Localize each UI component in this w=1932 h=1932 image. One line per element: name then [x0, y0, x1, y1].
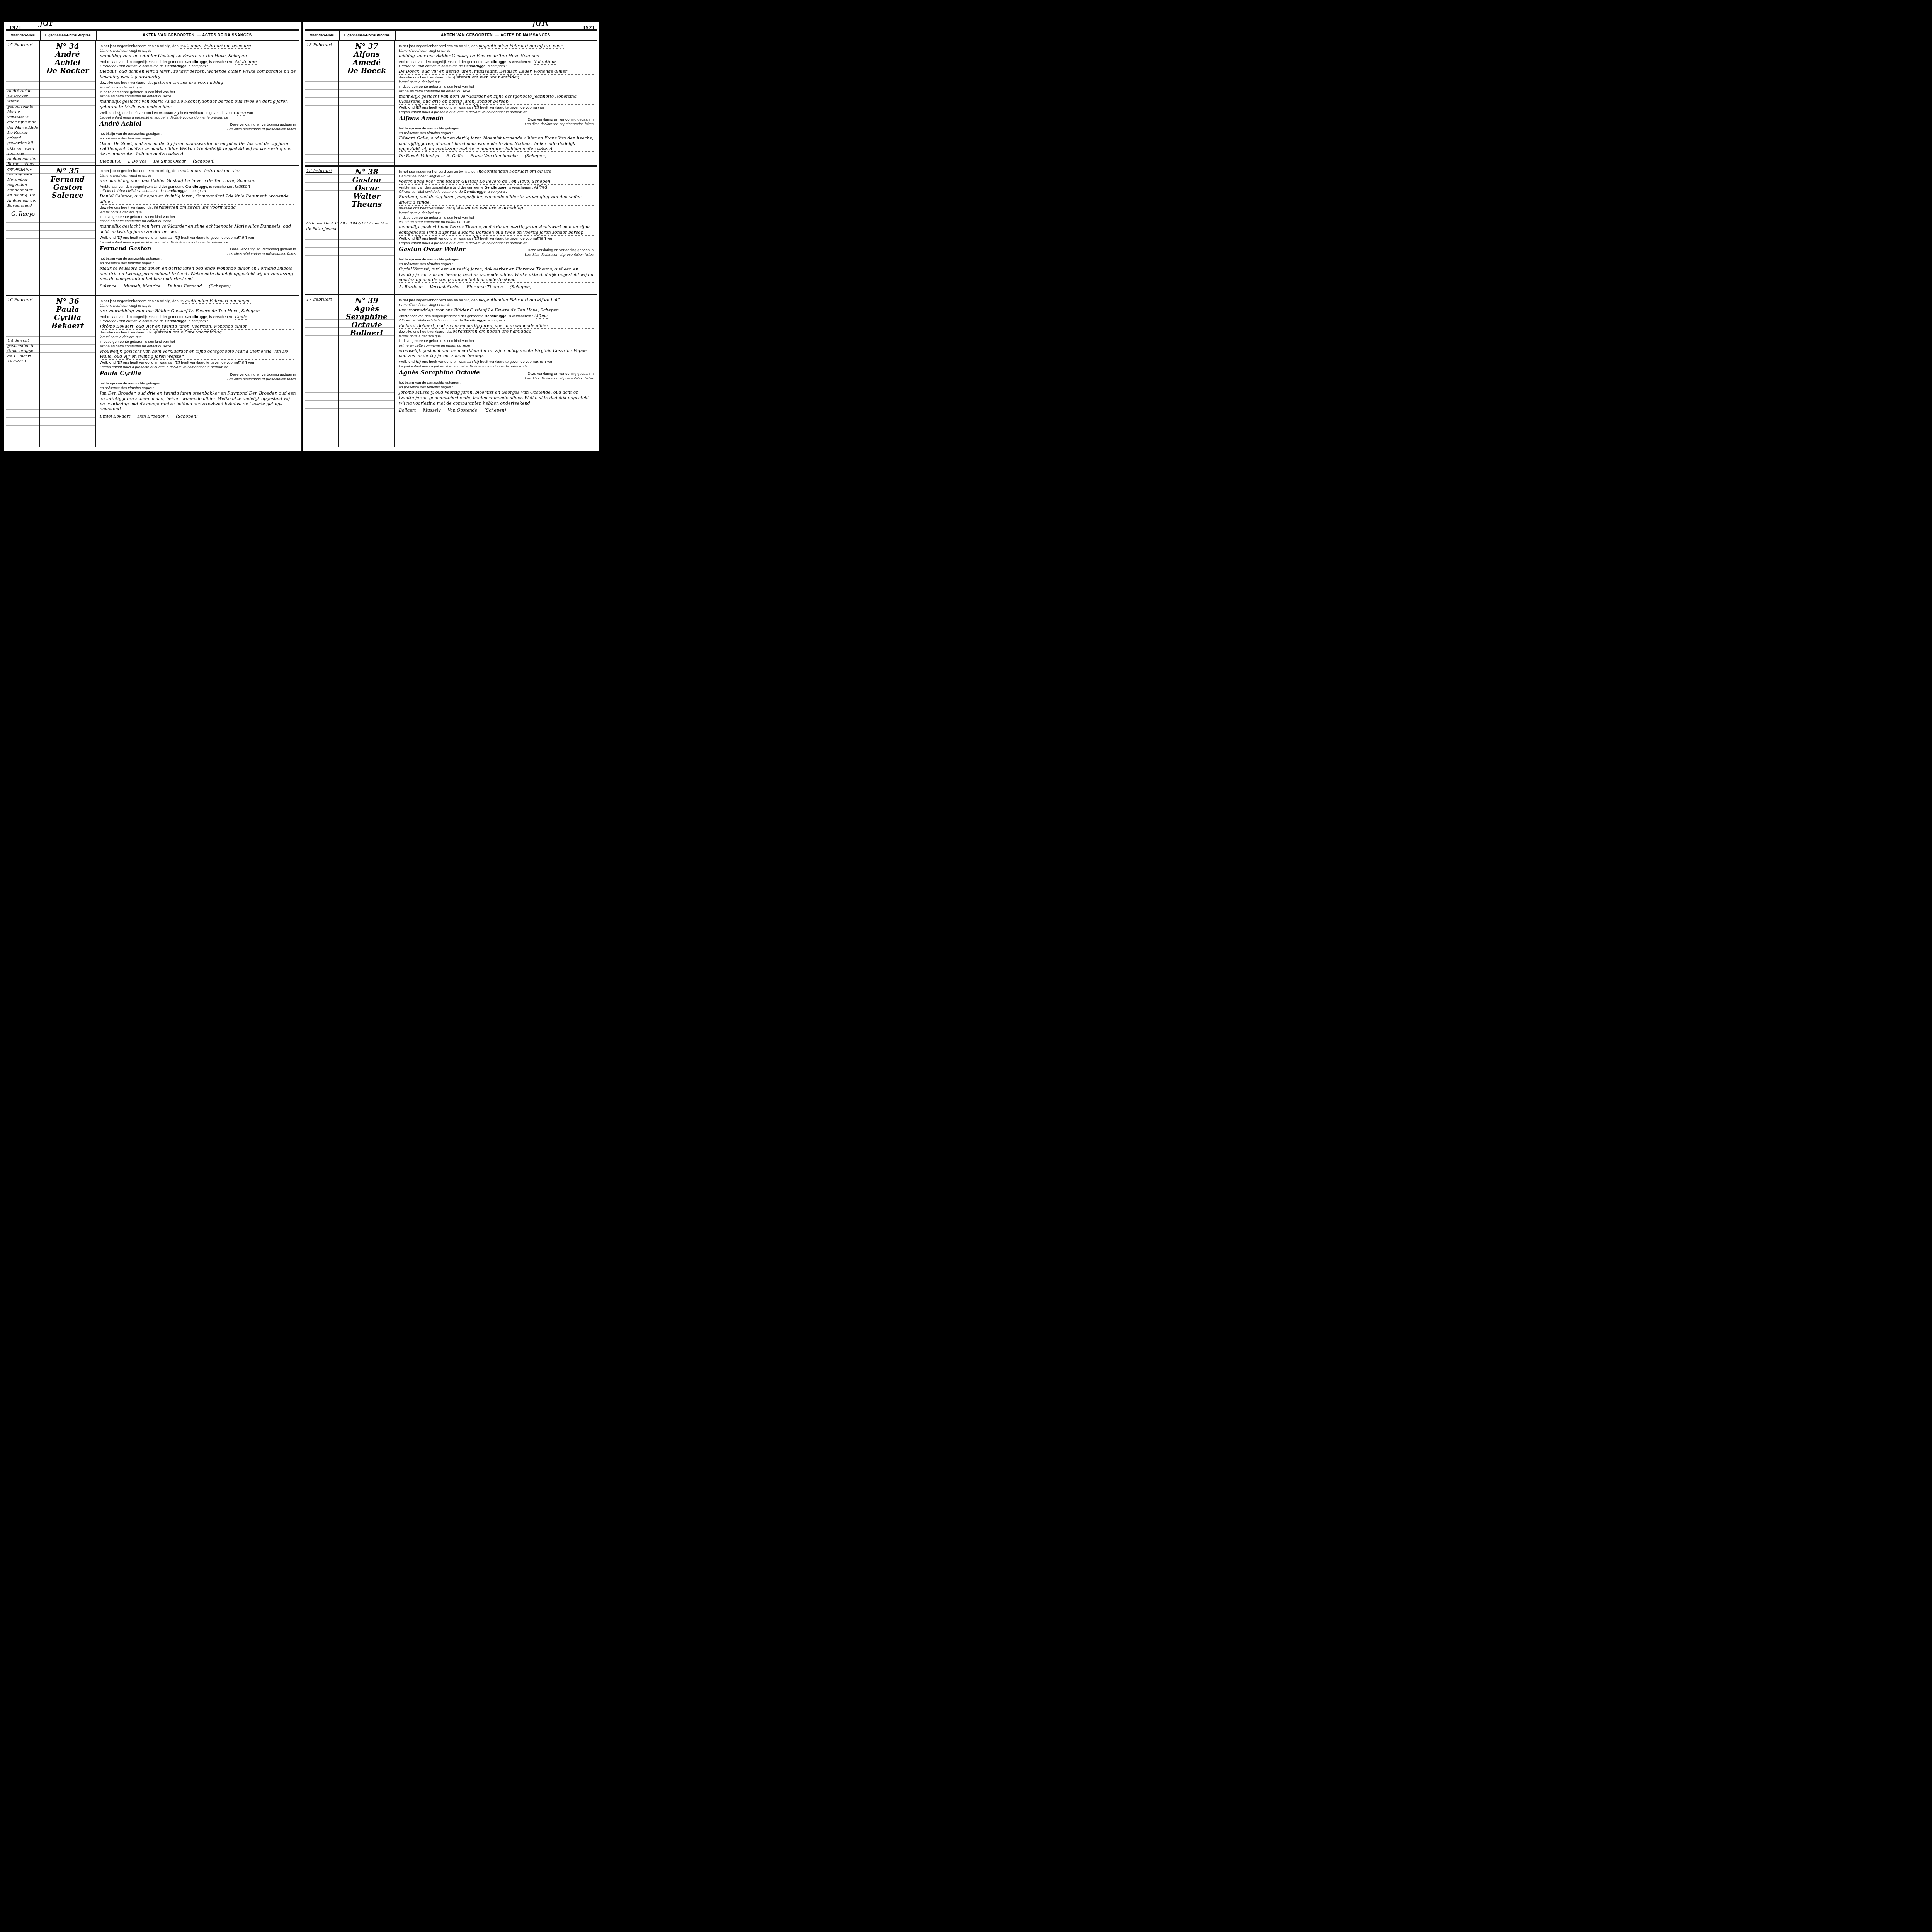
form-text: heeft verklaard te geven de voorna: [480, 360, 537, 364]
signature: (Schepen): [525, 153, 547, 159]
pronoun: hij: [416, 105, 421, 110]
form-text: ons heeft vertoond en waaraan: [422, 236, 473, 241]
form-text-fr: lequel nous a déclaré que: [100, 335, 296, 340]
form-text-fr: lequel nous a déclaré que: [100, 85, 296, 90]
entry-date-column: 18 Februari Gehuwd Gent 17 Okt. 1942/121…: [305, 167, 339, 294]
form-text-fr: , a comparu :: [187, 64, 208, 68]
form-text-fr: , a comparu :: [486, 318, 507, 323]
form-text-fr: L'an mil neuf cent vingt et un, le: [399, 174, 594, 179]
entry-number: N° 38: [341, 168, 393, 176]
form-text: van: [538, 105, 544, 110]
surname: Bekaert: [42, 322, 94, 330]
form-text-fr: lequel nous a déclaré que: [399, 80, 594, 85]
form-text-fr: L'an mil neuf cent vingt et un, le: [100, 304, 296, 308]
entry-body: In het jaar negentienhonderd een en twin…: [395, 295, 597, 447]
form-text-fr: Les dites déclaration et présentation fa…: [399, 253, 594, 257]
signature: Den Broeder J.: [138, 414, 169, 419]
form-text-fr: , a comparu :: [187, 189, 208, 193]
form-text-fr: Lequel enfant: [399, 364, 421, 369]
given-name-2: Oscar: [341, 184, 393, 192]
entry-date: 18 Februari: [306, 43, 337, 48]
entry-date: 14 Februari: [7, 167, 38, 172]
child-given-names: André Achiel: [100, 120, 141, 128]
entry-date: 17 Februari: [306, 297, 337, 302]
signature: Biebaut A: [100, 159, 121, 164]
municipality: Gendbrugge: [185, 60, 207, 64]
pronoun: hij: [117, 235, 122, 240]
entries-right: 18 Februari N° 37 Alfons Amedé De Boeck …: [305, 41, 597, 450]
given-name-1: Gaston: [341, 176, 393, 184]
entry-name-column: N° 37 Alfons Amedé De Boeck: [339, 41, 395, 165]
birth-time: eergisteren om zeven ure voormiddag: [153, 205, 236, 210]
form-text: heeft verklaard te geven de voorna: [181, 361, 238, 365]
left-page: 1921 JdP Maanden-Mois. Eigennamen-Noms P…: [4, 22, 302, 451]
header-names: Eigennamen-Noms Propres.: [340, 31, 396, 40]
signature: (Schepen): [176, 414, 198, 419]
municipality: Gendbrugge: [485, 60, 506, 64]
pronoun: hij: [474, 236, 479, 241]
witnesses-text: Oscar De Smet, oud zes en dertig jaren s…: [100, 141, 296, 157]
form-text: , is verschenen :: [506, 185, 533, 190]
handwritten-officer: middag voor ons Ridder Gustaaf Le Fevere…: [399, 53, 594, 59]
birth-entry: 18 Februari N° 37 Alfons Amedé De Boeck …: [305, 41, 597, 167]
birth-time: eergisteren om negen ure namiddag: [452, 329, 531, 334]
signatures: Biebaut A J. De Vos De Smet Oscar (Schep…: [100, 159, 296, 164]
registrar-initials: JdP: [39, 17, 55, 28]
given-name-1: Alfons: [341, 51, 393, 59]
form-text-fr: est né en cette commune un enfant du sex…: [100, 219, 296, 224]
form-text: dewelke ons heeft verklaard, dat: [100, 330, 153, 335]
entry-number: N° 35: [42, 167, 94, 175]
entry-body: In het jaar negentienhonderd een en twin…: [96, 296, 299, 447]
form-text: dewelke ons heeft verklaard, dat: [399, 330, 452, 334]
form-text-fr: nous a présenté et auquel: [422, 110, 464, 114]
entry-number: N° 37: [341, 43, 393, 51]
child-given-names: Paula Cyrilla: [100, 370, 141, 377]
form-text-fr: nous a présenté et auquel: [123, 240, 165, 245]
child-given-names: Agnès Seraphine Octavie: [399, 369, 480, 376]
table-header: Maanden-Mois. Eigennamen-Noms Propres. A…: [305, 29, 597, 41]
form-text-fr: Officier de l'état-civil de la commune d…: [399, 318, 463, 323]
signature: Dubois Fernand: [168, 284, 202, 289]
form-text: , is verschenen :: [506, 60, 533, 64]
form-text: Welk kind: [100, 361, 116, 365]
signature: J. De Vos: [128, 159, 147, 164]
form-text: van: [247, 111, 253, 115]
signature: Verrust Seriel: [430, 284, 459, 290]
form-text: Deze verklaring en vertooning gedaan in: [230, 247, 296, 252]
form-text: in deze gemeente geboren is een kind van…: [100, 340, 296, 344]
declarant-first-name: Emile: [235, 314, 247, 320]
form-text-fr: Lequel enfant: [399, 110, 421, 114]
form-text-fr: en présence des témoins requis :: [100, 136, 296, 141]
entry-body: In het jaar negentienhonderd een en twin…: [395, 41, 597, 165]
form-text: In het jaar negentienhonderd een en twin…: [399, 170, 478, 174]
form-text: Welk kind: [399, 360, 415, 364]
form-text: Deze verklaring en vertooning gedaan in: [527, 248, 594, 253]
witnesses-text: Edward Galle, oud vier en dertig jaren b…: [399, 136, 594, 152]
given-name-2: Amedé: [341, 59, 393, 67]
given-name-2: Achiel: [42, 59, 94, 67]
declarant-details: De Boeck, oud vijf en dertig jaren, muzi…: [399, 69, 594, 75]
declarant-details: Richard Bollaert, oud zeven en dertig ja…: [399, 323, 594, 329]
form-text: Ambtenaar van den burgerlijkenstand der …: [100, 60, 184, 64]
municipality: Gendbrugge: [185, 185, 207, 189]
form-text-fr: Lequel enfant: [399, 241, 421, 245]
entry-date: 15 Februari: [7, 43, 38, 48]
declarant-first-name: Alfons: [534, 313, 548, 319]
signature: Mussely: [423, 408, 441, 413]
form-text: van: [547, 236, 553, 241]
pronoun: hij: [117, 360, 122, 365]
given-name-3: Octavie: [341, 321, 393, 329]
handwritten-officer: ure voormiddag voor ons Ridder Gustaaf L…: [100, 308, 296, 314]
right-page: 1921 JdR Maanden-Mois. Eigennamen-Noms P…: [303, 22, 599, 451]
handwritten-date: negentienden Februari om elf en half: [479, 298, 559, 303]
witnesses-text: Jerome Mussely, oud veertig jaren, bloem…: [399, 390, 594, 406]
form-text: ons heeft vertoond en waaraan: [122, 111, 173, 115]
pronoun: hij: [175, 360, 180, 365]
form-text: , is verschenen :: [207, 185, 234, 189]
registrar-initials: JdR: [532, 17, 549, 28]
pronoun: zij: [174, 110, 179, 116]
entry-name-column: N° 36 Paula Cyrilla Bekaert: [40, 296, 96, 447]
handwritten-date: zestienden Februari om twee ure: [180, 43, 251, 49]
handwritten-officer: ure voormiddag voor ons Ridder Gustaaf L…: [399, 308, 594, 313]
signature: Mussely Maurice: [124, 284, 161, 289]
form-text: In het jaar negentienhonderd een en twin…: [100, 44, 179, 48]
signature: (Schepen): [484, 408, 506, 413]
form-text: dewelke ons heeft verklaard, dat: [100, 206, 153, 210]
birth-entry: 15 Februari André Achiel De Rocker wiens…: [6, 41, 299, 166]
form-text-fr: en présence des témoins requis :: [399, 262, 594, 267]
margin-annotation: Gehuwd Gent 17 Okt. 1942/1212 met Van de…: [306, 221, 391, 231]
witnesses-text: Maurice Mussely, oud zeven en dertig jar…: [100, 266, 296, 282]
handwritten-officer: namiddag voor ons Ridder Gustaaf Le Feve…: [100, 53, 296, 59]
given-name-1: Paula: [42, 306, 94, 314]
form-text: in deze gemeente geboren is een kind van…: [399, 339, 594, 344]
parents-details: mannelijk geslacht van hem verklaarder e…: [399, 94, 594, 105]
entry-date-column: 16 Februari Uit de echt gescheiden te Ge…: [6, 296, 40, 447]
handwritten-date: zestienden Februari om vier: [180, 168, 240, 173]
declarant-details: Bordaen, oud dertig jaren, magazijnier, …: [399, 194, 594, 206]
witnesses-text: Jan Den Broeder, oud drie en twintig jar…: [100, 391, 296, 412]
form-text-fr: L'an mil neuf cent vingt et un, le: [399, 49, 594, 53]
form-text-fr: Officier de l'état-civil de la commune d…: [100, 64, 164, 68]
form-text: In het jaar negentienhonderd een en twin…: [399, 44, 478, 48]
pronoun: zij: [117, 110, 122, 116]
form-text-fr: nous a présenté et auquel: [422, 364, 464, 369]
handwritten-officer: voormiddag voor ons Ridder Gustaaf Le Fe…: [399, 179, 594, 185]
form-text-fr: lequel nous a déclaré que: [100, 210, 296, 215]
form-text: Deze verklaring en vertooning gedaan in: [527, 117, 594, 122]
form-text: , is verschenen :: [207, 60, 234, 64]
suffix: men: [237, 110, 246, 116]
entry-date: 18 Februari: [306, 168, 337, 173]
given-name-1: André: [42, 51, 94, 59]
form-text: In het jaar negentienhonderd een en twin…: [100, 299, 179, 303]
given-name-2: Gaston: [42, 184, 94, 192]
birth-entry: 17 Februari N° 39 Agnès Seraphine Octavi…: [305, 295, 597, 447]
form-text: Ambtenaar van den burgerlijkenstand der …: [100, 315, 184, 319]
form-text-fr: Lequel enfant: [100, 365, 122, 369]
form-text-fr: Les dites déclaration et présentation fa…: [100, 252, 296, 257]
signatures: Salence Mussely Maurice Dubois Fernand (…: [100, 284, 296, 289]
form-text: in deze gemeente geboren is een kind van…: [100, 215, 296, 219]
form-text: Welk kind: [100, 236, 116, 240]
suffix: men: [537, 236, 546, 241]
form-text-fr: Les dites déclaration et présentation fa…: [399, 122, 594, 127]
form-text-fr: en présence des témoins requis :: [399, 131, 594, 136]
form-text-fr: , a comparu :: [486, 190, 507, 194]
given-name-3: Walter: [341, 192, 393, 201]
form-text-fr: a déclaré vouloir donner le prénom de: [167, 365, 228, 369]
declarant-first-name: Gaston: [235, 184, 250, 189]
municipality: Gendbrugge: [165, 64, 186, 68]
form-text: heeft verklaard te geven de voorna: [480, 105, 537, 110]
form-text: dewelke ons heeft verklaard, dat: [399, 75, 452, 80]
form-text: Ambtenaar van den burgerlijkenstand der …: [399, 185, 483, 190]
form-text: , is verschenen :: [506, 314, 533, 318]
form-text: ons heeft vertoond en waaraan: [422, 105, 473, 110]
municipality: Gendbrugge: [165, 319, 186, 323]
form-text-fr: Les dites déclaration et présentation fa…: [100, 377, 296, 382]
signature: Van Oostende: [447, 408, 477, 413]
given-name-1: Fernand: [42, 175, 94, 184]
form-text: het bijzijn van de aanzochte getuigen :: [399, 381, 594, 385]
header-month: Maanden-Mois.: [305, 31, 340, 40]
form-text-fr: est né en cette commune un enfant du sex…: [100, 94, 296, 99]
form-text: Ambtenaar van den burgerlijkenstand der …: [399, 314, 483, 318]
entry-date-column: 15 Februari André Achiel De Rocker wiens…: [6, 41, 40, 165]
handwritten-date: negentienden Februari om elf ure voor-: [479, 43, 564, 49]
entry-date-column: 14 Februari: [6, 166, 40, 295]
form-text: heeft verklaard te geven de voorna: [480, 236, 537, 241]
form-text: van: [248, 236, 254, 240]
form-text-fr: Les dites déclaration et présentation fa…: [100, 127, 296, 132]
birth-entry: 16 Februari Uit de echt gescheiden te Ge…: [6, 296, 299, 447]
entry-body: In het jaar negentienhonderd een en twin…: [96, 41, 299, 165]
form-text: van: [248, 361, 254, 365]
parents-details: mannelijk geslacht van Petrus Theuns, ou…: [399, 224, 594, 236]
form-text: in deze gemeente geboren is een kind van…: [100, 90, 175, 94]
form-text: in deze gemeente geboren is een kind van…: [399, 85, 594, 89]
form-text-fr: nous a présenté et auquel: [123, 116, 165, 120]
entry-body: In het jaar negentienhonderd een en twin…: [395, 167, 597, 294]
form-text: dewelke ons heeft verklaard, dat: [100, 81, 153, 85]
form-text: Deze verklaring en vertooning gedaan in: [230, 122, 296, 127]
entry-number: N° 39: [341, 297, 393, 305]
form-text-fr: est né en cette commune un enfant du sex…: [399, 220, 594, 224]
birth-entry: 18 Februari Gehuwd Gent 17 Okt. 1942/121…: [305, 167, 597, 295]
municipality: Gendbrugge: [485, 185, 506, 190]
signature: A. Bordaen: [399, 284, 423, 290]
form-text-fr: a déclaré vouloir donner le prénom de: [466, 241, 527, 245]
entry-body: In het jaar negentienhonderd een en twin…: [96, 166, 299, 295]
suffix: men: [238, 235, 247, 240]
form-text: het bijzijn van de aanzochte getuigen :: [100, 257, 296, 261]
form-text: Welk kind: [100, 111, 116, 115]
form-text: het bijzijn van de aanzochte getuigen :: [100, 381, 296, 386]
entry-name-column: N° 34 André Achiel De Rocker: [40, 41, 96, 165]
form-text: Welk kind: [399, 105, 415, 110]
header-names: Eigennamen-Noms Propres.: [41, 31, 97, 40]
pronoun: hij: [416, 236, 421, 241]
surname: Salence: [42, 192, 94, 200]
signature: (Schepen): [209, 284, 231, 289]
given-name-2: Seraphine: [341, 313, 393, 321]
header-title: AKTEN VAN GEBOORTEN. — ACTES DE NAISSANC…: [396, 31, 597, 40]
signature: Emiel Bekaert: [100, 414, 131, 419]
form-text-fr: en présence des témoins requis :: [100, 261, 296, 266]
child-given-names: Fernand Gaston: [100, 245, 151, 252]
form-text: het bijzijn van de aanzochte getuigen :: [100, 132, 296, 136]
child-given-names: Alfons Amedé: [399, 115, 443, 122]
handwritten-date: negentienden Februari om elf ure: [479, 169, 552, 174]
parents-details: mannelijk geslacht van Maria Alida De Ro…: [100, 99, 296, 110]
signature: (Schepen): [510, 284, 532, 290]
parents-details: vrouwelijk geslacht van hem verklaarder …: [100, 349, 296, 360]
birth-time: gisteren om vier ure namiddag: [452, 75, 519, 80]
signatures: De Boeck Valentyn E. Galle Frans Van den…: [399, 153, 594, 159]
entry-date-column: 17 Februari: [305, 295, 339, 447]
declarant-first-name: Valentinus: [534, 59, 556, 65]
form-text-fr: nous a présenté et auquel: [422, 241, 464, 245]
entry-number: N° 36: [42, 298, 94, 306]
given-name-2: Cyrilla: [42, 314, 94, 322]
form-text-fr: est né en cette commune un enfant du sex…: [100, 344, 296, 349]
form-text-fr: L'an mil neuf cent vingt et un, le: [100, 49, 296, 53]
signature: (Schepen): [193, 159, 215, 164]
child-given-names: Gaston Oscar Walter: [399, 246, 466, 253]
municipality: Gendbrugge: [464, 190, 485, 194]
birth-time: gisteren om elf ure voormiddag: [153, 330, 221, 335]
form-text: Ambtenaar van den burgerlijkenstand der …: [100, 185, 184, 189]
form-text: Welk kind: [399, 236, 415, 241]
pronoun: hij: [416, 359, 421, 364]
municipality: Gendbrugge: [464, 64, 485, 68]
form-text-fr: Les dites déclaration et présentation fa…: [399, 376, 594, 381]
birth-time: gisteren om een ure voormiddag: [452, 206, 523, 211]
parents-details: mannelijk geslacht van hem verklaarder e…: [100, 224, 296, 235]
entries-left: 15 Februari André Achiel De Rocker wiens…: [6, 41, 299, 450]
signature: E. Galle: [446, 153, 463, 159]
entry-name-column: N° 39 Agnès Seraphine Octavie Bollaert: [339, 295, 395, 447]
signature: De Boeck Valentyn: [399, 153, 439, 159]
form-text: in deze gemeente geboren is een kind van…: [399, 216, 594, 220]
declarant-first-name: Alfred: [534, 185, 547, 190]
municipality: Gendbrugge: [185, 315, 207, 319]
form-text-fr: Officier de l'état-civil de la commune d…: [100, 319, 164, 323]
signature: Florence Theuns: [467, 284, 503, 290]
suffix: men: [238, 360, 247, 365]
signature: Bollaert: [399, 408, 416, 413]
form-text: Ambtenaar van den burgerlijkenstand der …: [399, 60, 483, 64]
parents-details: vrouwelijk geslacht van hem verklaarder …: [399, 348, 594, 359]
form-text-fr: nous a présenté et auquel: [123, 365, 165, 369]
surname: De Rocker: [42, 67, 94, 75]
form-text: ons heeft vertoond en waaraan: [422, 360, 473, 364]
form-text-fr: est né en cette commune un enfant du sex…: [399, 89, 594, 94]
signature: Salence: [100, 284, 117, 289]
birth-time: gisteren om zes ure voormiddag: [153, 80, 223, 85]
table-header: Maanden-Mois. Eigennamen-Noms Propres. A…: [6, 29, 299, 41]
form-text: ons heeft vertoond en waaraan: [123, 236, 173, 240]
form-text-fr: lequel nous a déclaré que: [399, 334, 594, 339]
form-text-fr: lequel nous a déclaré que: [399, 211, 594, 216]
form-text: het bijzijn van de aanzochte getuigen :: [399, 126, 594, 131]
declarant-details: Biebaut, oud acht en vijftig jaren, zond…: [100, 69, 296, 80]
form-text: dewelke ons heeft verklaard, dat: [399, 206, 452, 211]
handwritten-date: zeventienden Februari om negen: [180, 298, 251, 304]
entry-number: N° 34: [42, 43, 94, 51]
surname: Bollaert: [341, 329, 393, 337]
form-text-fr: , a comparu :: [486, 64, 507, 68]
municipality: Gendbrugge: [165, 189, 186, 193]
form-text: heeft verklaard te geven de voorna: [180, 111, 237, 115]
signature: De Smet Oscar: [153, 159, 186, 164]
form-text: In het jaar negentienhonderd een en twin…: [100, 169, 179, 173]
register-spread: 1921 JdP Maanden-Mois. Eigennamen-Noms P…: [0, 0, 605, 453]
pronoun: hij: [474, 105, 479, 110]
surname: Theuns: [341, 201, 393, 209]
signatures: Bollaert Mussely Van Oostende (Schepen): [399, 408, 594, 413]
municipality: Gendbrugge: [485, 314, 506, 318]
form-text: , is verschenen :: [207, 315, 234, 319]
form-text-fr: Officier de l'état-civil de la commune d…: [399, 64, 463, 68]
form-text: het bijzijn van de aanzochte getuigen :: [399, 257, 594, 262]
form-text: ons heeft vertoond en waaraan: [123, 361, 173, 365]
form-text: van: [547, 360, 553, 364]
form-text-fr: Lequel enfant: [100, 240, 122, 245]
form-text-fr: en présence des témoins requis :: [100, 386, 296, 391]
pronoun: hij: [175, 235, 180, 240]
entry-name-column: N° 35 Fernand Gaston Salence: [40, 166, 96, 295]
margin-annotation: Uit de echt gescheiden te Gent- brugge d…: [7, 338, 38, 364]
form-text-fr: a déclaré vouloir donner le prénom de: [167, 116, 228, 120]
form-text: In het jaar negentienhonderd een en twin…: [399, 298, 478, 303]
declarant-details: Jérôme Bekaert, oud vier en twintig jare…: [100, 324, 296, 330]
form-text-fr: a déclaré vouloir donner le prénom de: [466, 110, 527, 114]
form-text-fr: L'an mil neuf cent vingt et un, le: [100, 173, 296, 178]
header-month: Maanden-Mois.: [6, 31, 41, 40]
form-text-fr: Officier de l'état-civil de la commune d…: [399, 190, 463, 194]
declarant-first-name: Adolphine: [235, 59, 257, 65]
form-text-fr: a déclaré vouloir donner le prénom de: [167, 240, 228, 245]
signatures: Emiel Bekaert Den Broeder J. (Schepen): [100, 414, 296, 419]
form-text-fr: Lequel enfant: [100, 116, 122, 120]
form-text: Deze verklaring en vertooning gedaan in: [527, 372, 594, 376]
form-text-fr: en présence des témoins requis :: [399, 385, 594, 390]
municipality: Gendbrugge: [464, 318, 485, 323]
given-name-1: Agnès: [341, 305, 393, 313]
signature: Frans Van den heecke: [470, 153, 518, 159]
form-text-fr: Officier de l'état-civil de la commune d…: [100, 189, 164, 193]
pronoun: hij: [474, 359, 479, 364]
birth-entry: 14 Februari N° 35 Fernand Gaston Salence…: [6, 166, 299, 296]
entry-date: 16 Februari: [7, 298, 38, 303]
signatures: A. Bordaen Verrust Seriel Florence Theun…: [399, 284, 594, 290]
form-text-fr: , a comparu :: [187, 319, 208, 323]
entry-date-column: 18 Februari: [305, 41, 339, 165]
suffix: men: [537, 359, 546, 364]
form-text-fr: a déclaré vouloir donner le prénom de: [466, 364, 527, 369]
witnesses-text: Cyriel Verrust, oud een en zestig jaren,…: [399, 267, 594, 283]
declarant-details: Daniel Salence, oud negen en twintig jar…: [100, 194, 296, 205]
form-text-fr: L'an mil neuf cent vingt et un, le: [399, 303, 594, 308]
form-text: heeft verklaard te geven de voorna: [181, 236, 238, 240]
handwritten-officer: ure namiddag voor ons Ridder Gustaaf Le …: [100, 178, 296, 184]
